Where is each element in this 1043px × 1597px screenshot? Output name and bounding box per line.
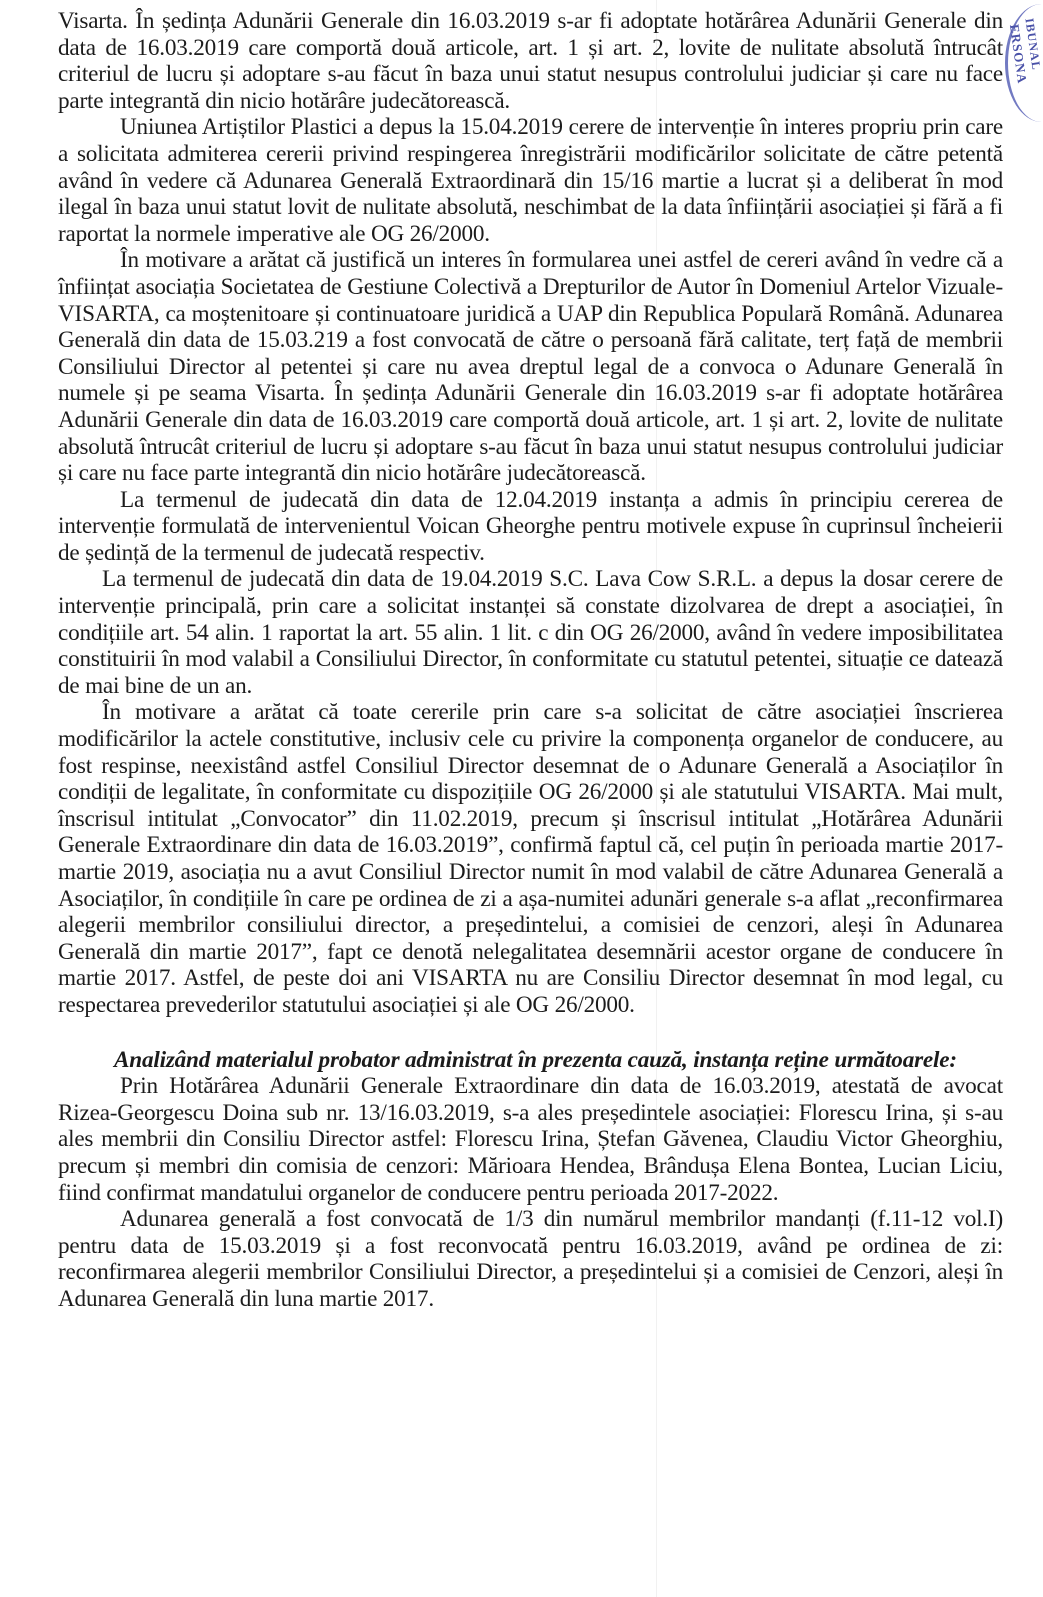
paragraph-finding-hotarare: Prin Hotărârea Adunării Generale Extraor…	[58, 1073, 1003, 1206]
paragraph-uap-intervention: Uniunea Artiștilor Plastici a depus la 1…	[58, 114, 1003, 247]
paragraph-visarta-session-continued: Visarta. În ședința Adunării Generale di…	[58, 8, 1003, 114]
paragraph-lava-cow-intervention: La termenul de judecată din data de 19.0…	[58, 566, 1003, 699]
paragraph-uap-motivation: În motivare a arătat că justifică un int…	[58, 247, 1003, 486]
paragraph-finding-convocation: Adunarea generală a fost convocată de 1/…	[58, 1206, 1003, 1312]
paragraph-hearing-12-04-2019: La termenul de judecată din data de 12.0…	[58, 487, 1003, 567]
section-heading-court-analysis: Analizând materialul probator administra…	[58, 1047, 1003, 1074]
paragraph-lava-cow-motivation: În motivare a arătat că toate cererile p…	[58, 699, 1003, 1018]
document-page: Visarta. În ședința Adunării Generale di…	[58, 8, 1003, 1313]
